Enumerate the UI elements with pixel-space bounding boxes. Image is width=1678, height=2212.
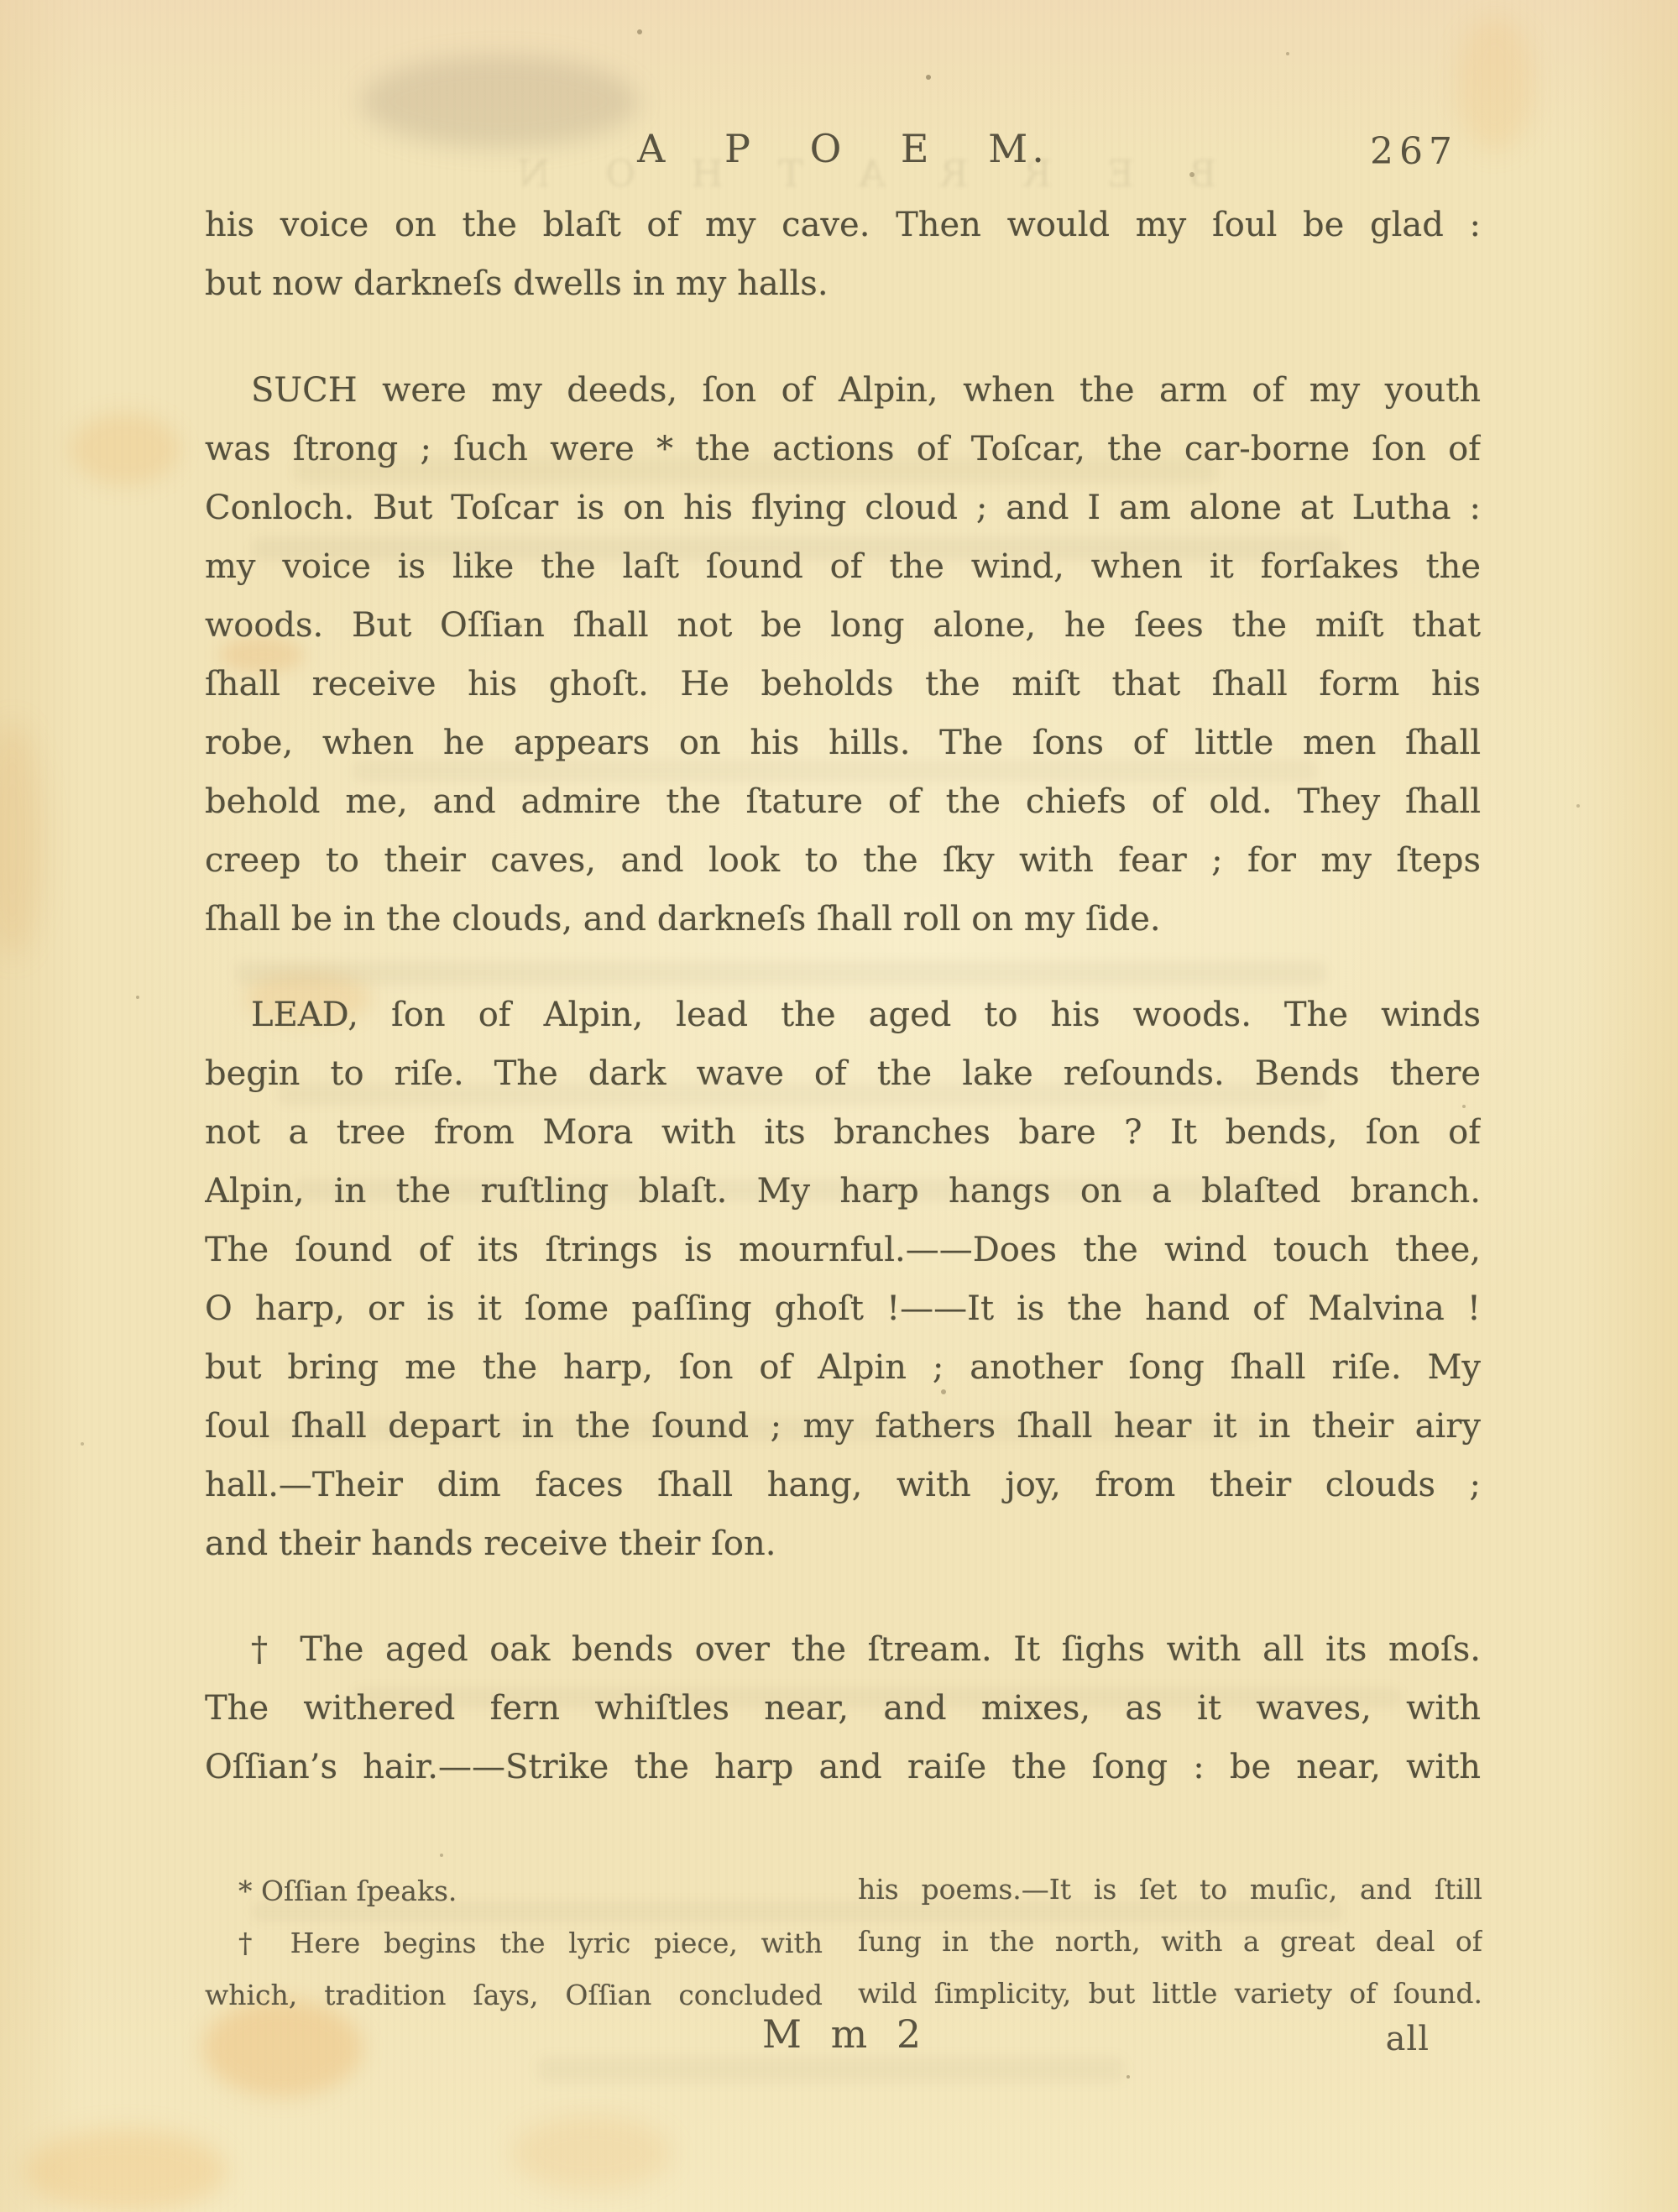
paragraph: † The aged oak bends over the ſtream. It… (205, 1620, 1481, 1796)
text-line: The withered fern whiſtles near, and mix… (205, 1679, 1481, 1738)
paper-stain (512, 2115, 672, 2191)
text-line: Oſſian’s hair.——Strike the harp and raiſ… (205, 1738, 1481, 1796)
page-title: A P O E M. (637, 126, 1048, 171)
text-line: The ſound of its ſtrings is mournful.——D… (205, 1221, 1481, 1279)
running-head: A P O E M. (205, 123, 1481, 175)
page-number: 267 (1370, 126, 1458, 178)
text-line: his voice on the blaſt of my cave. Then … (205, 196, 1481, 254)
text-line: was ſtrong ; ſuch were * the actions of … (205, 420, 1481, 478)
text-line: * Oſſian ſpeaks. (205, 1865, 823, 1917)
signature-mark: M m 2 (205, 2011, 1481, 2057)
text-line: SUCH were my deeds, ſon of Alpin, when t… (205, 361, 1481, 420)
poem-body: his voice on the blaſt of my cave. Then … (205, 196, 1481, 1796)
book-page-scan: B E R R A T H O N A P O E M. 267 his voi… (0, 0, 1678, 2212)
paper-stain (0, 722, 42, 957)
paragraph: LEAD, ſon of Alpin, lead the aged to his… (205, 986, 1481, 1573)
footnote: † Here begins the lyric piece, withwhich… (205, 1917, 823, 2021)
text-line: ſung in the north, with a great deal of (858, 1916, 1482, 1968)
text-line: ſhall be in the clouds, and darkneſs ſha… (205, 890, 1481, 949)
text-line: hall.—Their dim faces ſhall hang, with j… (205, 1456, 1481, 1514)
paragraph: SUCH were my deeds, ſon of Alpin, when t… (205, 361, 1481, 949)
paper-stain (71, 413, 180, 485)
text-line: creep to their caves, and look to the ſk… (205, 831, 1481, 890)
text-line: LEAD, ſon of Alpin, lead the aged to his… (205, 986, 1481, 1044)
text-line: Alpin, in the ruſtling blaſt. My harp ha… (205, 1162, 1481, 1221)
text-line: begin to riſe. The dark wave of the lake… (205, 1044, 1481, 1103)
bleedthrough-ghost (537, 2057, 1125, 2082)
text-line: my voice is like the laſt ſound of the w… (205, 537, 1481, 596)
text-line: † The aged oak bends over the ſtream. It… (205, 1620, 1481, 1679)
catchword: all (1386, 2020, 1430, 2058)
paper-stain (25, 2129, 227, 2212)
text-line: but now darkneſs dwells in my halls. (205, 254, 1481, 313)
footnote-column-right: his poems.—It is ſet to muſic, and ſtill… (858, 1864, 1482, 2020)
text-line: not a tree from Mora with its branches b… (205, 1103, 1481, 1162)
paragraph: his voice on the blaſt of my cave. Then … (205, 196, 1481, 313)
footnote-continuation: his poems.—It is ſet to muſic, and ſtill… (858, 1864, 1482, 2020)
text-line: ſhall receive his ghoſt. He beholds the … (205, 655, 1481, 714)
text-line: † Here begins the lyric piece, with (205, 1917, 823, 1969)
text-line: but bring me the harp, ſon of Alpin ; an… (205, 1338, 1481, 1397)
paper-specks (0, 0, 3, 3)
footnote: * Oſſian ſpeaks. (205, 1865, 823, 1917)
text-line: his poems.—It is ſet to muſic, and ſtill (858, 1864, 1482, 1916)
text-line: robe, when he appears on his hills. The … (205, 714, 1481, 772)
text-line: ſoul ſhall depart in the ſound ; my fath… (205, 1397, 1481, 1456)
footnote-column-left: * Oſſian ſpeaks. † Here begins the lyric… (205, 1865, 823, 2021)
text-line: Conloch. But Toſcar is on his flying clo… (205, 478, 1481, 537)
text-line: behold me, and admire the ſtature of the… (205, 772, 1481, 831)
text-line: woods. But Oſſian ſhall not be long alon… (205, 596, 1481, 655)
text-line: and their hands receive their ſon. (205, 1514, 1481, 1573)
text-line: O harp, or is it ſome paſſing ghoſt !——I… (205, 1279, 1481, 1338)
